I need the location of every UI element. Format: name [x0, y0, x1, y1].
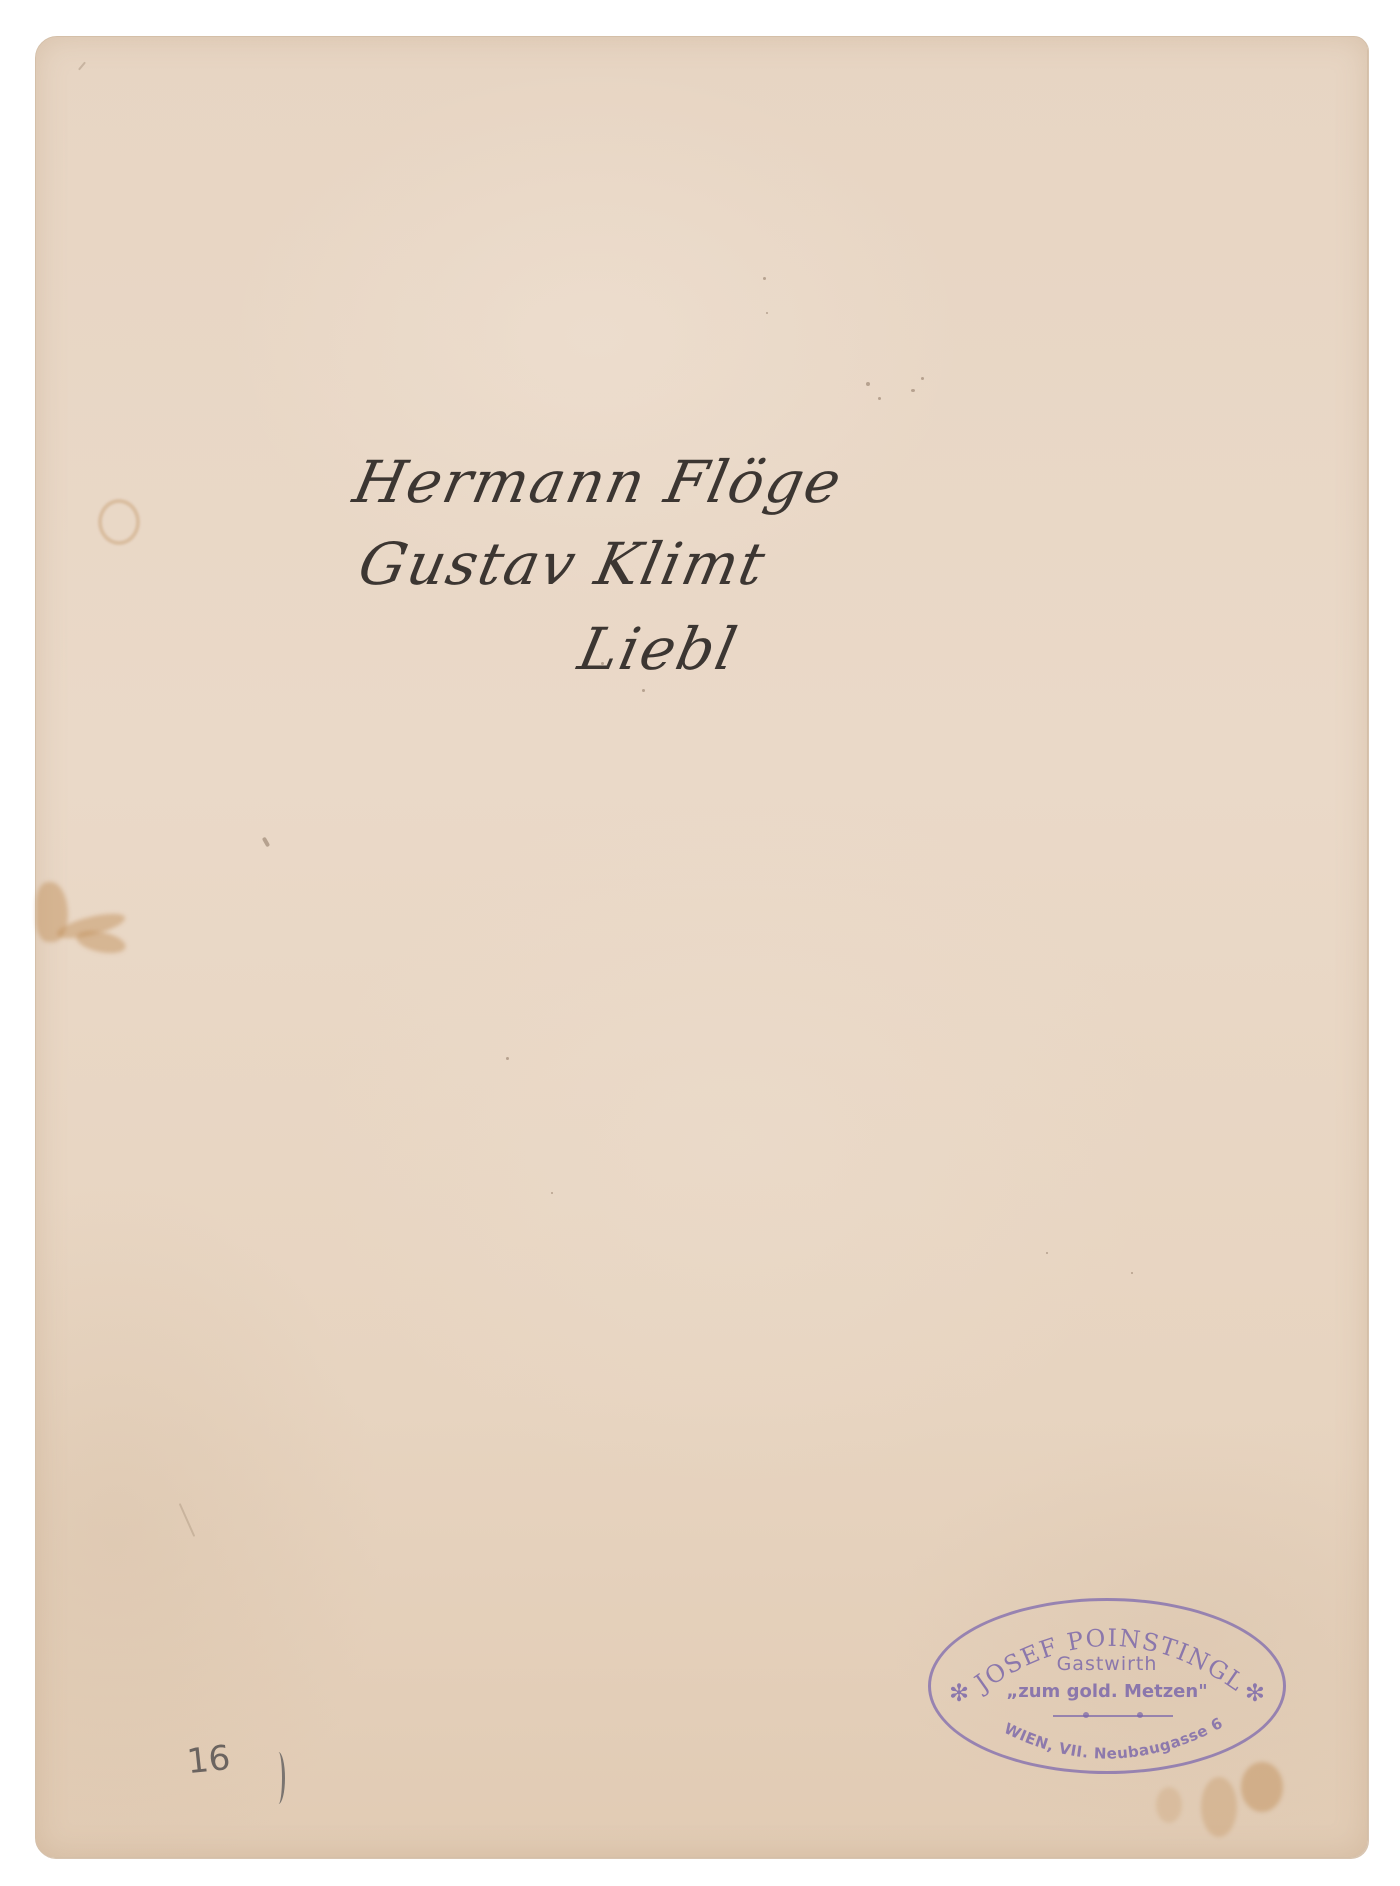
speck — [866, 382, 870, 386]
speck — [763, 277, 766, 280]
speck — [78, 62, 86, 71]
ring-stain — [98, 499, 140, 545]
speck — [766, 312, 768, 314]
speck — [262, 837, 270, 848]
photo-card-reverse — [35, 36, 1368, 1858]
speck — [1046, 1252, 1048, 1254]
water-stain-left-drip-2 — [74, 927, 127, 957]
svg-text:WIEN, VII. Neubaugasse 6: WIEN, VII. Neubaugasse 6 — [1001, 1714, 1226, 1763]
speck — [1131, 1272, 1133, 1274]
speck — [911, 389, 915, 392]
asterisk-ornament-icon: ✻ — [1245, 1679, 1265, 1707]
speck — [601, 662, 604, 665]
stamp-divider-ornament — [1053, 1715, 1173, 1717]
speck — [506, 1057, 509, 1060]
speck — [179, 1503, 195, 1537]
inventory-number: 16 — [185, 1738, 232, 1782]
stamp-establishment: „zum gold. Metzen" — [931, 1681, 1283, 1702]
stamp-address: WIEN, VII. Neubaugasse 6 — [1001, 1714, 1226, 1763]
photographer-stamp: JOSEF POINSTINGL WIEN, VII. Neubaugasse … — [928, 1598, 1286, 1774]
inventory-number-bracket — [272, 1752, 285, 1804]
water-stain-bottom-right-3 — [1156, 1787, 1182, 1823]
speck — [878, 397, 881, 400]
water-stain-bottom-right-2 — [1201, 1777, 1237, 1837]
speck — [642, 689, 645, 692]
stamp-title: Gastwirth — [931, 1653, 1283, 1675]
speck — [551, 1192, 553, 1194]
speck — [921, 377, 924, 380]
